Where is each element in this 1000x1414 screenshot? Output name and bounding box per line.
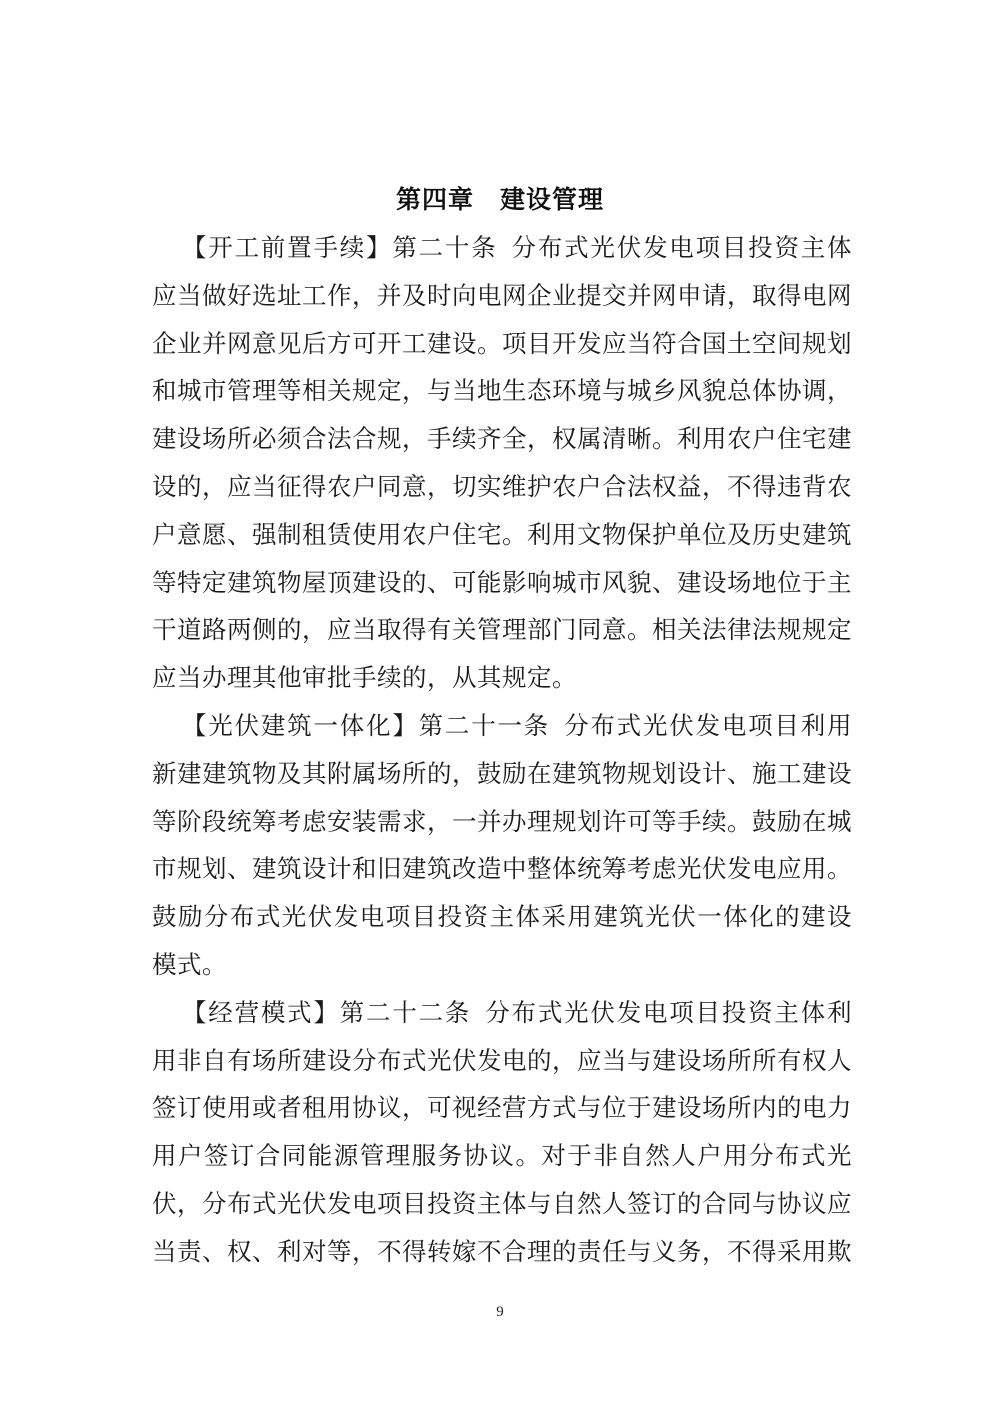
text-line: 应当做好选址工作，并及时向电网企业提交并网申请，取得电网 <box>152 272 852 320</box>
chapter-number: 第四章 <box>396 185 474 214</box>
chapter-name: 建设管理 <box>500 185 604 214</box>
article-20: 【开工前置手续】第二十条 分布式光伏发电项目投资主体 应当做好选址工作，并及时向… <box>152 224 852 702</box>
article-number: 第二十二条 <box>340 998 471 1027</box>
article-22: 【经营模式】第二十二条 分布式光伏发电项目投资主体利 用非自有场所建设分布式光伏… <box>152 989 852 1276</box>
text-line: 应当办理其他审批手续的，从其规定。 <box>152 654 852 702</box>
text-line: 签订使用或者租用协议，可视经营方式与位于建设场所内的电力 <box>152 1084 852 1132</box>
text-line: 用非自有场所建设分布式光伏发电的，应当与建设场所所有权人 <box>152 1037 852 1085</box>
article-heading: 【光伏建筑一体化】 <box>182 711 419 740</box>
text-line: 用户签订合同能源管理服务协议。对于非自然人户用分布式光 <box>152 1132 852 1180</box>
text-line: 市规划、建筑设计和旧建筑改造中整体统筹考虑光伏发电应用。 <box>152 845 852 893</box>
text-line: 干道路两侧的，应当取得有关管理部门同意。相关法律法规规定 <box>152 606 852 654</box>
text-line: 模式。 <box>152 941 852 989</box>
article-first-line: 【光伏建筑一体化】第二十一条 分布式光伏发电项目利用 <box>152 702 852 750</box>
text-line: 伏，分布式光伏发电项目投资主体与自然人签订的合同与协议应 <box>152 1180 852 1228</box>
text-line: 鼓励分布式光伏发电项目投资主体采用建筑光伏一体化的建设 <box>152 893 852 941</box>
article-heading: 【开工前置手续】 <box>182 233 392 262</box>
line-text: 分布式光伏发电项目投资主体利 <box>484 998 852 1027</box>
text-line: 户意愿、强制租赁使用农户住宅。利用文物保护单位及历史建筑 <box>152 511 852 559</box>
line-text: 分布式光伏发电项目利用 <box>563 711 852 740</box>
text-line: 企业并网意见后方可开工建设。项目开发应当符合国土空间规划 <box>152 320 852 368</box>
article-number: 第二十一条 <box>419 711 550 740</box>
article-21: 【光伏建筑一体化】第二十一条 分布式光伏发电项目利用 新建建筑物及其附属场所的，… <box>152 702 852 989</box>
line-text: 分布式光伏发电项目投资主体 <box>510 233 852 262</box>
article-first-line: 【经营模式】第二十二条 分布式光伏发电项目投资主体利 <box>152 989 852 1037</box>
text-line: 等特定建筑物屋顶建设的、可能影响城市风貌、建设场地位于主 <box>152 559 852 607</box>
text-line: 设的，应当征得农户同意，切实维护农户合法权益，不得违背农 <box>152 463 852 511</box>
document-page: 第四章建设管理 【开工前置手续】第二十条 分布式光伏发电项目投资主体 应当做好选… <box>0 0 1000 1414</box>
article-heading: 【经营模式】 <box>182 998 340 1027</box>
text-line: 新建建筑物及其附属场所的，鼓励在建筑物规划设计、施工建设 <box>152 750 852 798</box>
article-number: 第二十条 <box>392 233 497 262</box>
text-line: 建设场所必须合法合规，手续齐全，权属清晰。利用农户住宅建 <box>152 415 852 463</box>
body-text: 【开工前置手续】第二十条 分布式光伏发电项目投资主体 应当做好选址工作，并及时向… <box>152 224 852 1276</box>
text-line: 和城市管理等相关规定，与当地生态环境与城乡风貌总体协调， <box>152 367 852 415</box>
text-line: 当责、权、利对等，不得转嫁不合理的责任与义务，不得采用欺 <box>152 1228 852 1276</box>
article-first-line: 【开工前置手续】第二十条 分布式光伏发电项目投资主体 <box>152 224 852 272</box>
text-line: 等阶段统筹考虑安装需求，一并办理规划许可等手续。鼓励在城 <box>152 798 852 846</box>
page-number: 9 <box>0 1304 1000 1321</box>
chapter-title: 第四章建设管理 <box>0 180 1000 216</box>
